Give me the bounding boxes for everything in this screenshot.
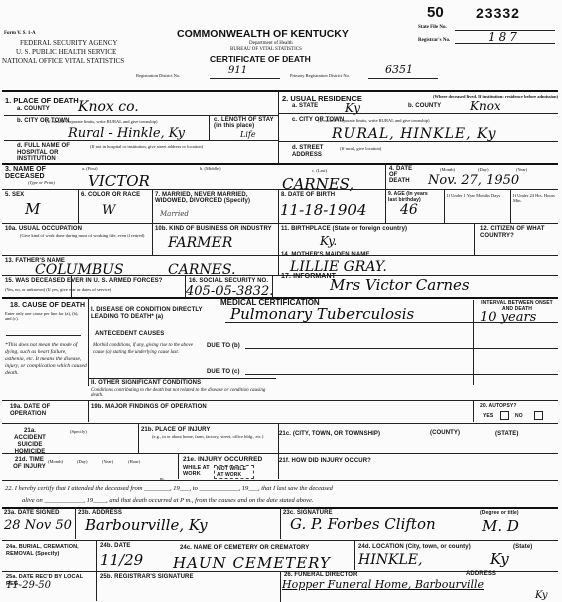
date-signed-label: 23a. DATE SIGNED bbox=[4, 510, 60, 516]
cause-of-death-label: 18. CAUSE OF DEATH bbox=[10, 302, 85, 309]
agency-line-2: U. S. PUBLIC HEALTH SERVICE bbox=[16, 48, 116, 56]
accident-type-label: 21a. ACCIDENT SUICIDE HOMICIDE bbox=[10, 428, 50, 456]
due-to-c: DUE TO (c) bbox=[207, 369, 240, 375]
armed-forces-note: (Yes, no, or unknown) (If yes, give war … bbox=[5, 287, 111, 292]
how-injury-occurred-label: 21f. HOW DID INJURY OCCUR? bbox=[279, 458, 371, 464]
cause-note: Enter only one cause per line for (a), (… bbox=[5, 311, 85, 321]
burial-date[interactable]: 11/29 bbox=[100, 551, 143, 569]
date-of-death[interactable]: Nov. 27, 1950 bbox=[428, 173, 519, 188]
autopsy-yes-checkbox[interactable] bbox=[500, 411, 509, 420]
residence-county[interactable]: Knox bbox=[470, 99, 501, 113]
sex[interactable]: M bbox=[25, 200, 40, 218]
residence-city[interactable]: RURAL, HINKLE, Ky bbox=[332, 126, 497, 142]
race-label: 6. COLOR OR RACE bbox=[81, 192, 140, 198]
street-address-label: d. STREET ADDRESS bbox=[292, 145, 332, 159]
date-received[interactable]: 11-29-50 bbox=[6, 580, 51, 591]
cemetery-label: 24c. NAME OF CEMETERY OR CREMATORY bbox=[180, 545, 309, 551]
mother-name-label: 14. MOTHER'S MAIDEN NAME bbox=[281, 252, 370, 258]
state-file-number: 23332 bbox=[476, 5, 520, 21]
under-24-hours-label: If Under 24 Hrs. Hours Min. bbox=[513, 193, 558, 203]
under-one-year-label: If Under 1 Year Months Days bbox=[447, 193, 507, 198]
degree[interactable]: M. D bbox=[482, 517, 519, 535]
injury-city-label: 21c. (CITY, TOWN, OR TOWNSHIP) bbox=[279, 431, 380, 437]
place-of-death-heading: 1. PLACE OF DEATH bbox=[5, 96, 79, 105]
citizenship-label: 12. CITIZEN OF WHAT COUNTRY? bbox=[480, 226, 558, 239]
marital-status[interactable]: Married bbox=[160, 210, 189, 218]
certificate-title: CERTIFICATE OF DEATH bbox=[210, 54, 311, 64]
informant-label: 17. INFORMANT bbox=[281, 273, 336, 280]
antecedent-note: Morbid conditions, if any, giving rise t… bbox=[93, 342, 198, 356]
residence-state-label: a. STATE bbox=[292, 103, 318, 109]
burial-date-label: 24b. DATE bbox=[100, 543, 130, 549]
time-hour: (Hour) bbox=[128, 459, 140, 464]
registrar-label: Registrar's No. bbox=[418, 38, 450, 43]
state-title: COMMONWEALTH OF KENTUCKY bbox=[177, 28, 349, 40]
file-prefix: 50 bbox=[427, 4, 444, 21]
injury-occurred-label: 21e. INJURY OCCURRED bbox=[183, 456, 262, 463]
year-label: (Year) bbox=[516, 167, 527, 172]
residence-city-note: (If outside corporate limits, write RURA… bbox=[318, 118, 429, 123]
physician-signature[interactable]: G. P. Forbes Clifton bbox=[290, 515, 436, 533]
injury-county-label: (COUNTY) bbox=[430, 430, 460, 436]
business-label: 10b. KIND OF BUSINESS OR INDUSTRY bbox=[155, 226, 275, 232]
last-name-label: c. (Last) bbox=[312, 168, 327, 173]
first-name-label: a. (First) bbox=[82, 166, 98, 171]
cause-footnote: *This does not mean the mode of dying, s… bbox=[5, 342, 87, 377]
agency-line-3: NATIONAL OFFICE VITAL STATISTICS bbox=[2, 57, 124, 65]
death-certificate: Form V. S. 1-A FEDERAL SECURITY AGENCY U… bbox=[0, 0, 562, 602]
type-or-print-note: (Type or Print) bbox=[28, 180, 55, 185]
certification-line-1: 22. I hereby certify that I attended the… bbox=[5, 485, 333, 492]
last-name[interactable]: CARNES, bbox=[282, 175, 354, 193]
not-while-at-work-label: NOT WHILE AT WORK bbox=[214, 465, 254, 479]
funeral-address[interactable]: Ky bbox=[535, 590, 547, 601]
time-year: (Year) bbox=[102, 459, 113, 464]
time-day: (Day) bbox=[77, 459, 88, 464]
registrar-number: 187 bbox=[488, 30, 520, 44]
day-label: (Day) bbox=[478, 167, 489, 172]
operation-date-label: 19a. DATE OF OPERATION bbox=[10, 404, 86, 418]
name-label: 3. NAME OF DECEASED bbox=[5, 166, 75, 180]
funeral-director[interactable]: Hopper Funeral Home, Barbourville bbox=[282, 578, 484, 591]
burial-location[interactable]: HINKLE, bbox=[358, 552, 422, 568]
city-of-death[interactable]: Rural - Hinkle, Ky bbox=[68, 126, 185, 141]
hospital-label: d. FULL NAME OF HOSPITAL OR INSTITUTION bbox=[17, 143, 87, 163]
disease-label: I. DISEASE OR CONDITION DIRECTLY LEADING… bbox=[91, 307, 221, 321]
cemetery-name[interactable]: HAUN CEMETERY bbox=[173, 554, 331, 572]
state-file-label: State File No. bbox=[418, 25, 447, 30]
occupation-label: 10a. USUAL OCCUPATION bbox=[5, 226, 82, 232]
residence-county-label: b. COUNTY bbox=[408, 103, 441, 109]
other-conditions-label: II. OTHER SIGNIFICANT CONDITIONS bbox=[91, 380, 201, 386]
operation-findings-label: 19b. MAJOR FINDINGS OF OPERATION bbox=[91, 404, 207, 410]
registrar-signature-label: 25b. REGISTRAR'S SIGNATURE bbox=[100, 574, 194, 580]
disease[interactable]: Pulmonary Tuberculosis bbox=[230, 305, 414, 323]
month-label: (Month) bbox=[440, 167, 455, 172]
street-address-note: (If rural, give location) bbox=[340, 146, 381, 151]
date-of-birth[interactable]: 11-18-1904 bbox=[280, 201, 366, 219]
burial-label: 24a. BURIAL, CREMATION, REMOVAL (Specify… bbox=[6, 544, 94, 557]
department: Department of Health bbox=[249, 41, 293, 46]
date-of-birth-label: 8. DATE OF BIRTH bbox=[281, 192, 335, 198]
location-label: 24d. LOCATION (City, town, or county) bbox=[358, 544, 471, 550]
business[interactable]: FARMER bbox=[168, 235, 232, 251]
primary-district-label: Primary Registration District No. bbox=[290, 73, 350, 78]
autopsy-no-label: NO bbox=[515, 413, 523, 419]
informant[interactable]: Mrs Victor Carnes bbox=[330, 276, 470, 294]
age[interactable]: 46 bbox=[400, 202, 418, 218]
birthplace-label: 11. BIRTHPLACE (State or foreign country… bbox=[281, 226, 407, 232]
length-of-stay-label: c. LENGTH OF STAY (in this place) bbox=[214, 117, 276, 129]
length-of-stay[interactable]: Life bbox=[240, 130, 256, 139]
antecedent-causes-label: ANTECEDENT CAUSES bbox=[95, 331, 164, 337]
marital-status-label: 7. MARRIED, NEVER MARRIED, WIDOWED, DIVO… bbox=[155, 192, 275, 204]
funeral-address-label: ADDRESS bbox=[466, 571, 496, 577]
primary-district-number: 6351 bbox=[385, 63, 413, 76]
physician-address[interactable]: Barbourville, Ky bbox=[85, 516, 208, 534]
place-of-injury-note: (e.g., in or about home, farm, factory, … bbox=[152, 434, 277, 439]
autopsy-yes-label: YES bbox=[483, 413, 493, 419]
other-conditions-note: Conditions contributing to the death but… bbox=[91, 388, 271, 398]
location-state-label: (State) bbox=[513, 544, 532, 550]
date-signed[interactable]: 28 Nov 50 bbox=[4, 518, 72, 533]
county-label: a. COUNTY bbox=[17, 106, 50, 112]
middle-name-label: b. (Middle) bbox=[200, 166, 221, 171]
injury-state-label: (STATE) bbox=[495, 431, 518, 437]
county-of-death[interactable]: Knox co. bbox=[78, 99, 139, 115]
race[interactable]: W bbox=[102, 203, 115, 218]
sex-label: 5. SEX bbox=[5, 192, 24, 198]
autopsy-no-checkbox[interactable] bbox=[534, 411, 543, 420]
form-number: Form V. S. 1-A bbox=[4, 31, 36, 36]
while-at-work-label: WHILE AT WORK bbox=[183, 465, 211, 477]
time-month: (Month) bbox=[48, 459, 63, 464]
place-of-injury-label: 21b. PLACE OF INJURY bbox=[141, 427, 210, 433]
city-note: (If outside corporate limits, write RURA… bbox=[46, 119, 157, 124]
autopsy-label: 20. AUTOPSY? bbox=[480, 403, 517, 409]
certification-line-2: alive on ____________, 19____, and that … bbox=[22, 497, 314, 504]
bureau: BUREAU OF VITAL STATISTICS bbox=[230, 47, 302, 52]
registration-district-label: Registration District No. bbox=[136, 73, 180, 78]
agency-line-1: FEDERAL SECURITY AGENCY bbox=[20, 39, 117, 47]
first-name[interactable]: VICTOR bbox=[88, 172, 150, 190]
time-of-injury-label: 21d. TIME OF INJURY bbox=[12, 457, 47, 471]
accident-specify: (Specify) bbox=[70, 429, 87, 434]
occupation-note: (Give kind of work done during most of w… bbox=[20, 233, 150, 238]
date-of-death-label: 4. DATE OF DEATH bbox=[389, 166, 419, 184]
burial-location-state[interactable]: Ky bbox=[490, 550, 509, 568]
due-to-b: DUE TO (b) bbox=[207, 343, 240, 349]
registration-district-number: 911 bbox=[228, 65, 247, 76]
degree-label: (Degree or title) bbox=[480, 510, 519, 516]
hospital-note: (If not in hospital or institution, give… bbox=[90, 144, 275, 149]
birthplace[interactable]: Ky. bbox=[320, 234, 337, 248]
